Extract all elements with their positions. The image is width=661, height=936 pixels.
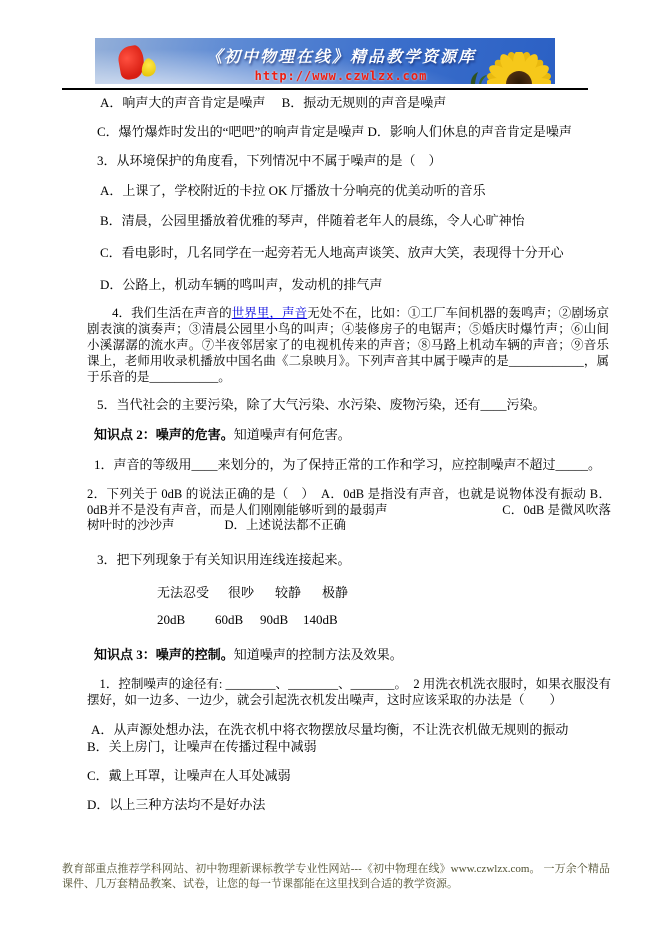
q2-options-cd: C．爆竹爆炸时发出的“吧吧”的响声肯定是噪声 D．影响人们休息的声音肯定是噪声 <box>97 124 572 139</box>
header-divider <box>62 88 588 90</box>
kp3-q2-option-c: C．戴上耳罩，让噪声在人耳处减弱 <box>87 768 291 783</box>
match-level-1: 无法忍受 <box>157 582 209 601</box>
match-level-4: 极静 <box>322 582 348 601</box>
q3-option-b: B．清晨，公园里播放着优雅的琴声，伴随着老年人的晨练，令人心旷神怡 <box>100 213 525 228</box>
match-db-1: 20dB <box>157 612 185 628</box>
match-level-3: 较静 <box>275 582 301 601</box>
kp2-question-3: 3．把下列现象于有关知识用连线连接起来。 <box>97 552 351 567</box>
site-banner: 《初中物理在线》精品教学资源库 http://www.czwlzx.com <box>95 38 555 84</box>
worksheet-page: 《初中物理在线》精品教学资源库 http://www.czwlzx.com <box>0 0 661 936</box>
site-title: 《初中物理在线》精品教学资源库 <box>191 44 491 67</box>
q3-option-d: D．公路上，机动车辆的鸣叫声，发动机的排气声 <box>100 277 382 292</box>
knowledge-point-2-heading: 知识点 2：噪声的危害。知道噪声有何危害。 <box>94 427 351 442</box>
question-4: 4．我们生活在声音的世界里，声音无处不在，比如：①工厂车间机器的轰鸣声；②剧场京… <box>87 305 609 385</box>
question-3: 3．从环境保护的角度看，下列情况中不属于噪声的是（ ） <box>97 153 442 168</box>
kp3-title: 知识点 3：噪声的控制。 <box>94 647 234 662</box>
match-db-3: 90dB <box>260 612 288 628</box>
kp2-title: 知识点 2：噪声的危害。 <box>94 427 234 442</box>
kp3-subtitle: 知道噪声的控制方法及效果。 <box>234 647 403 662</box>
q3-option-a: A．上课了，学校附近的卡拉 OK 厅播放十分响亮的优美动听的音乐 <box>100 183 486 198</box>
q4-text-pre: 4．我们生活在声音的 <box>87 306 232 320</box>
kp3-question-1: 1．控制噪声的途径有: ________、________、_______。 2… <box>87 676 611 708</box>
kp3-q2-option-d: D．以上三种方法均不是好办法 <box>87 797 265 812</box>
q2-options-ab: A．响声大的声音肯定是噪声 B．振动无规则的声音是噪声 <box>100 95 446 110</box>
question-5: 5．当代社会的主要污染，除了大气污染、水污染、废物污染，还有____污染。 <box>97 397 546 412</box>
site-url-link[interactable]: http://www.czwlzx.com <box>191 69 491 83</box>
banner-text: 《初中物理在线》精品教学资源库 http://www.czwlzx.com <box>191 44 491 83</box>
kp2-question-2: 2．下列关于 0dB 的说法正确的是（ ） A．0dB 是指没有声音，也就是说物… <box>87 487 611 534</box>
footer-text: 教育部重点推荐学科网站、初中物理新课标教学专业性网站---《初中物理在线》www… <box>62 862 610 892</box>
site-logo-icon <box>115 42 163 82</box>
kp2-subtitle: 知道噪声有何危害。 <box>234 427 351 442</box>
match-db-2: 60dB <box>215 612 243 628</box>
knowledge-point-3-heading: 知识点 3：噪声的控制。知道噪声的控制方法及效果。 <box>94 647 403 662</box>
match-level-2: 很吵 <box>228 582 254 601</box>
kp3-q2-option-b: B．关上房门，让噪声在传播过程中减弱 <box>87 739 317 754</box>
q4-hyperlink[interactable]: 世界里，声音 <box>232 306 307 320</box>
q3-option-c: C．看电影时，几名同学在一起旁若无人地高声谈笑、放声大笑，表现得十分开心 <box>100 245 564 260</box>
logo-red-flame-icon <box>116 44 146 81</box>
match-db-4: 140dB <box>303 612 338 628</box>
sunflower-icon <box>487 52 551 84</box>
plant-icon <box>467 68 489 84</box>
kp3-q2-option-a: A．从声源处想办法，在洗衣机中将衣物摆放尽量均衡，不让洗衣机做无规则的振动 <box>91 722 568 737</box>
kp2-question-1: 1．声音的等级用____来划分的，为了保持正常的工作和学习，应控制噪声不超过__… <box>94 457 601 472</box>
